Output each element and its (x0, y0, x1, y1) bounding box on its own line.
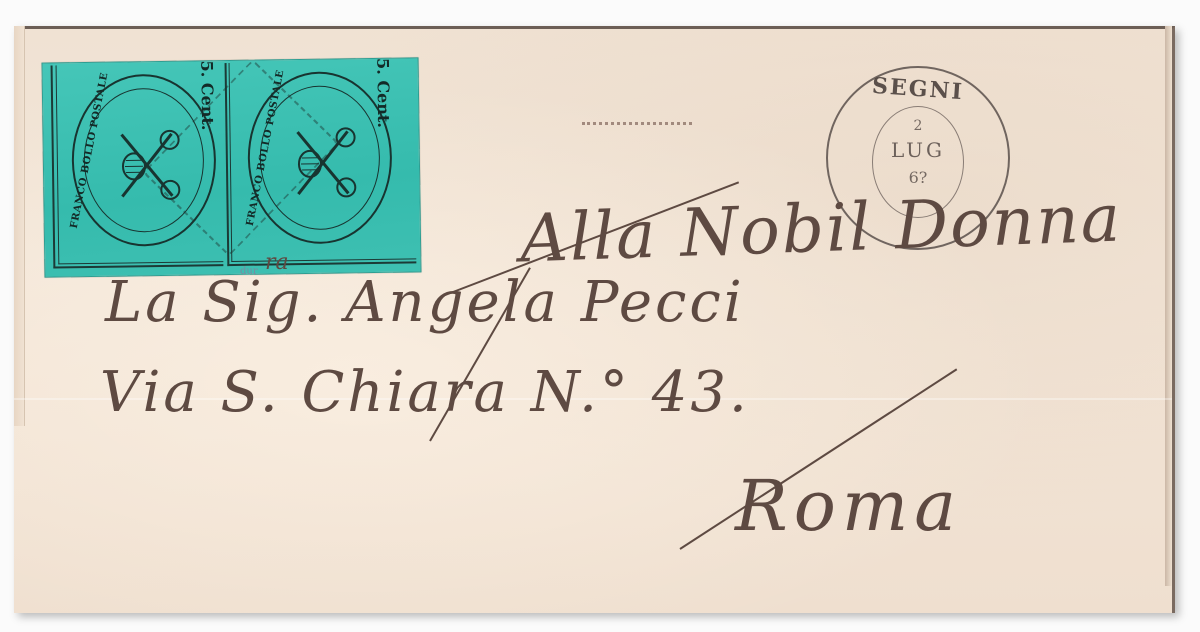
cover-right-flap (1165, 26, 1172, 586)
address-line-2: La Sig. Angela Pecci (105, 270, 745, 335)
postmark-day: 2 (828, 118, 1008, 134)
stamp-value: 5. Cent. (373, 58, 393, 128)
address-recipient-name: Angela Pecci (345, 270, 745, 335)
address-line-3: Via S. Chiara N.° 43. (100, 360, 750, 425)
cover-fold-edge (14, 26, 25, 426)
dotted-ink-mark (582, 122, 692, 125)
address-city: Roma (735, 465, 962, 547)
postmark-month: LUG (828, 138, 1008, 162)
stamp-pair: FRANCO BOLLO POSTALE 5. Cent. FRANCO BOL… (42, 57, 422, 277)
address-title: La Sig. (105, 270, 324, 335)
